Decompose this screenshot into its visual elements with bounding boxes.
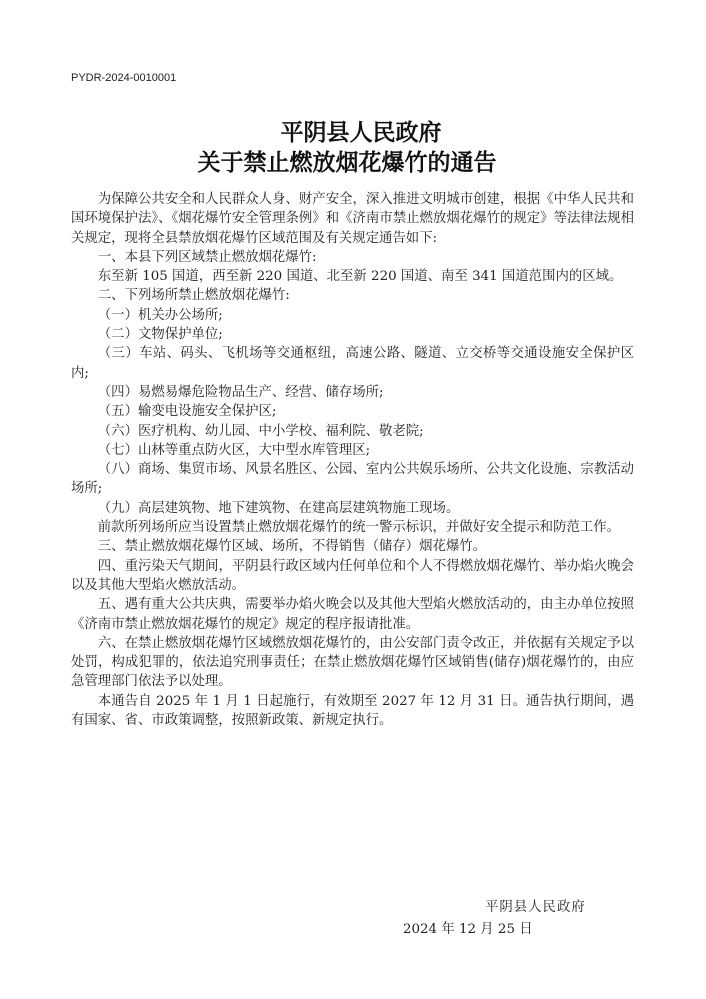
paragraph-section-3: 三、禁止燃放烟花爆竹区域、场所，不得销售（储存）烟花爆竹。 (71, 537, 634, 556)
document-number: PYDR-2024-0010001 (71, 72, 176, 84)
list-item: （四）易燃易爆危险物品生产、经营、储存场所; (71, 383, 634, 402)
paragraph-effective-date: 本通告自 2025 年 1 月 1 日起施行，有效期至 2027 年 12 月 … (71, 692, 634, 731)
list-item: （五）输变电设施安全保护区; (71, 402, 634, 421)
paragraph-section-4: 四、重污染天气期间，平阴县行政区域内任何单位和个人不得燃放烟花爆竹、举办焰火晚会… (71, 557, 634, 596)
document-body: 为保障公共安全和人民群众人身、财产安全，深入推进文明城市创建，根据《中华人民共和… (71, 190, 634, 730)
paragraph-section-5: 五、遇有重大公共庆典，需要举办焰火晚会以及其他大型焰火燃放活动的，由主办单位按照… (71, 595, 634, 634)
paragraph-area: 东至新 105 国道，西至新 220 国道、北至新 220 国道、南至 341 … (71, 267, 634, 286)
paragraph-section-2: 二、下列场所禁止燃放烟花爆竹: (71, 286, 634, 305)
list-item: （二）文物保护单位; (71, 325, 634, 344)
document-page: PYDR-2024-0010001 平阴县人民政府 关于禁止燃放烟花爆竹的通告 … (0, 0, 706, 999)
paragraph-intro: 为保障公共安全和人民群众人身、财产安全，深入推进文明城市创建，根据《中华人民共和… (71, 190, 634, 248)
signature-date: 2024 年 12 月 25 日 (403, 918, 533, 937)
list-item: （七）山林等重点防火区，大中型水库管理区; (71, 441, 634, 460)
list-item: （八）商场、集贸市场、风景名胜区、公园、室内公共娱乐场所、公共文化设施、宗教活动… (71, 460, 634, 499)
signature-organization: 平阴县人民政府 (485, 896, 586, 915)
paragraph-section-1: 一、本县下列区域禁止燃放烟花爆竹: (71, 248, 634, 267)
list-item: （六）医疗机构、幼儿园、中小学校、福利院、敬老院; (71, 422, 634, 441)
title-issuer: 平阴县人民政府 (8, 114, 706, 147)
paragraph-section-6: 六、在禁止燃放烟花爆竹区域燃放烟花爆竹的，由公安部门责令改正，并依据有关规定予以… (71, 634, 634, 692)
paragraph-signage: 前款所列场所应当设置禁止燃放烟花爆竹的统一警示标识，并做好安全提示和防范工作。 (71, 518, 634, 537)
title-subject: 关于禁止燃放烟花爆竹的通告 (0, 144, 700, 177)
list-item: （一）机关办公场所; (71, 306, 634, 325)
list-item: （三）车站、码头、飞机场等交通枢纽，高速公路、隧道、立交桥等交通设施安全保护区内… (71, 344, 634, 383)
list-item: （九）高层建筑物、地下建筑物、在建高层建筑物施工现场。 (71, 499, 634, 518)
